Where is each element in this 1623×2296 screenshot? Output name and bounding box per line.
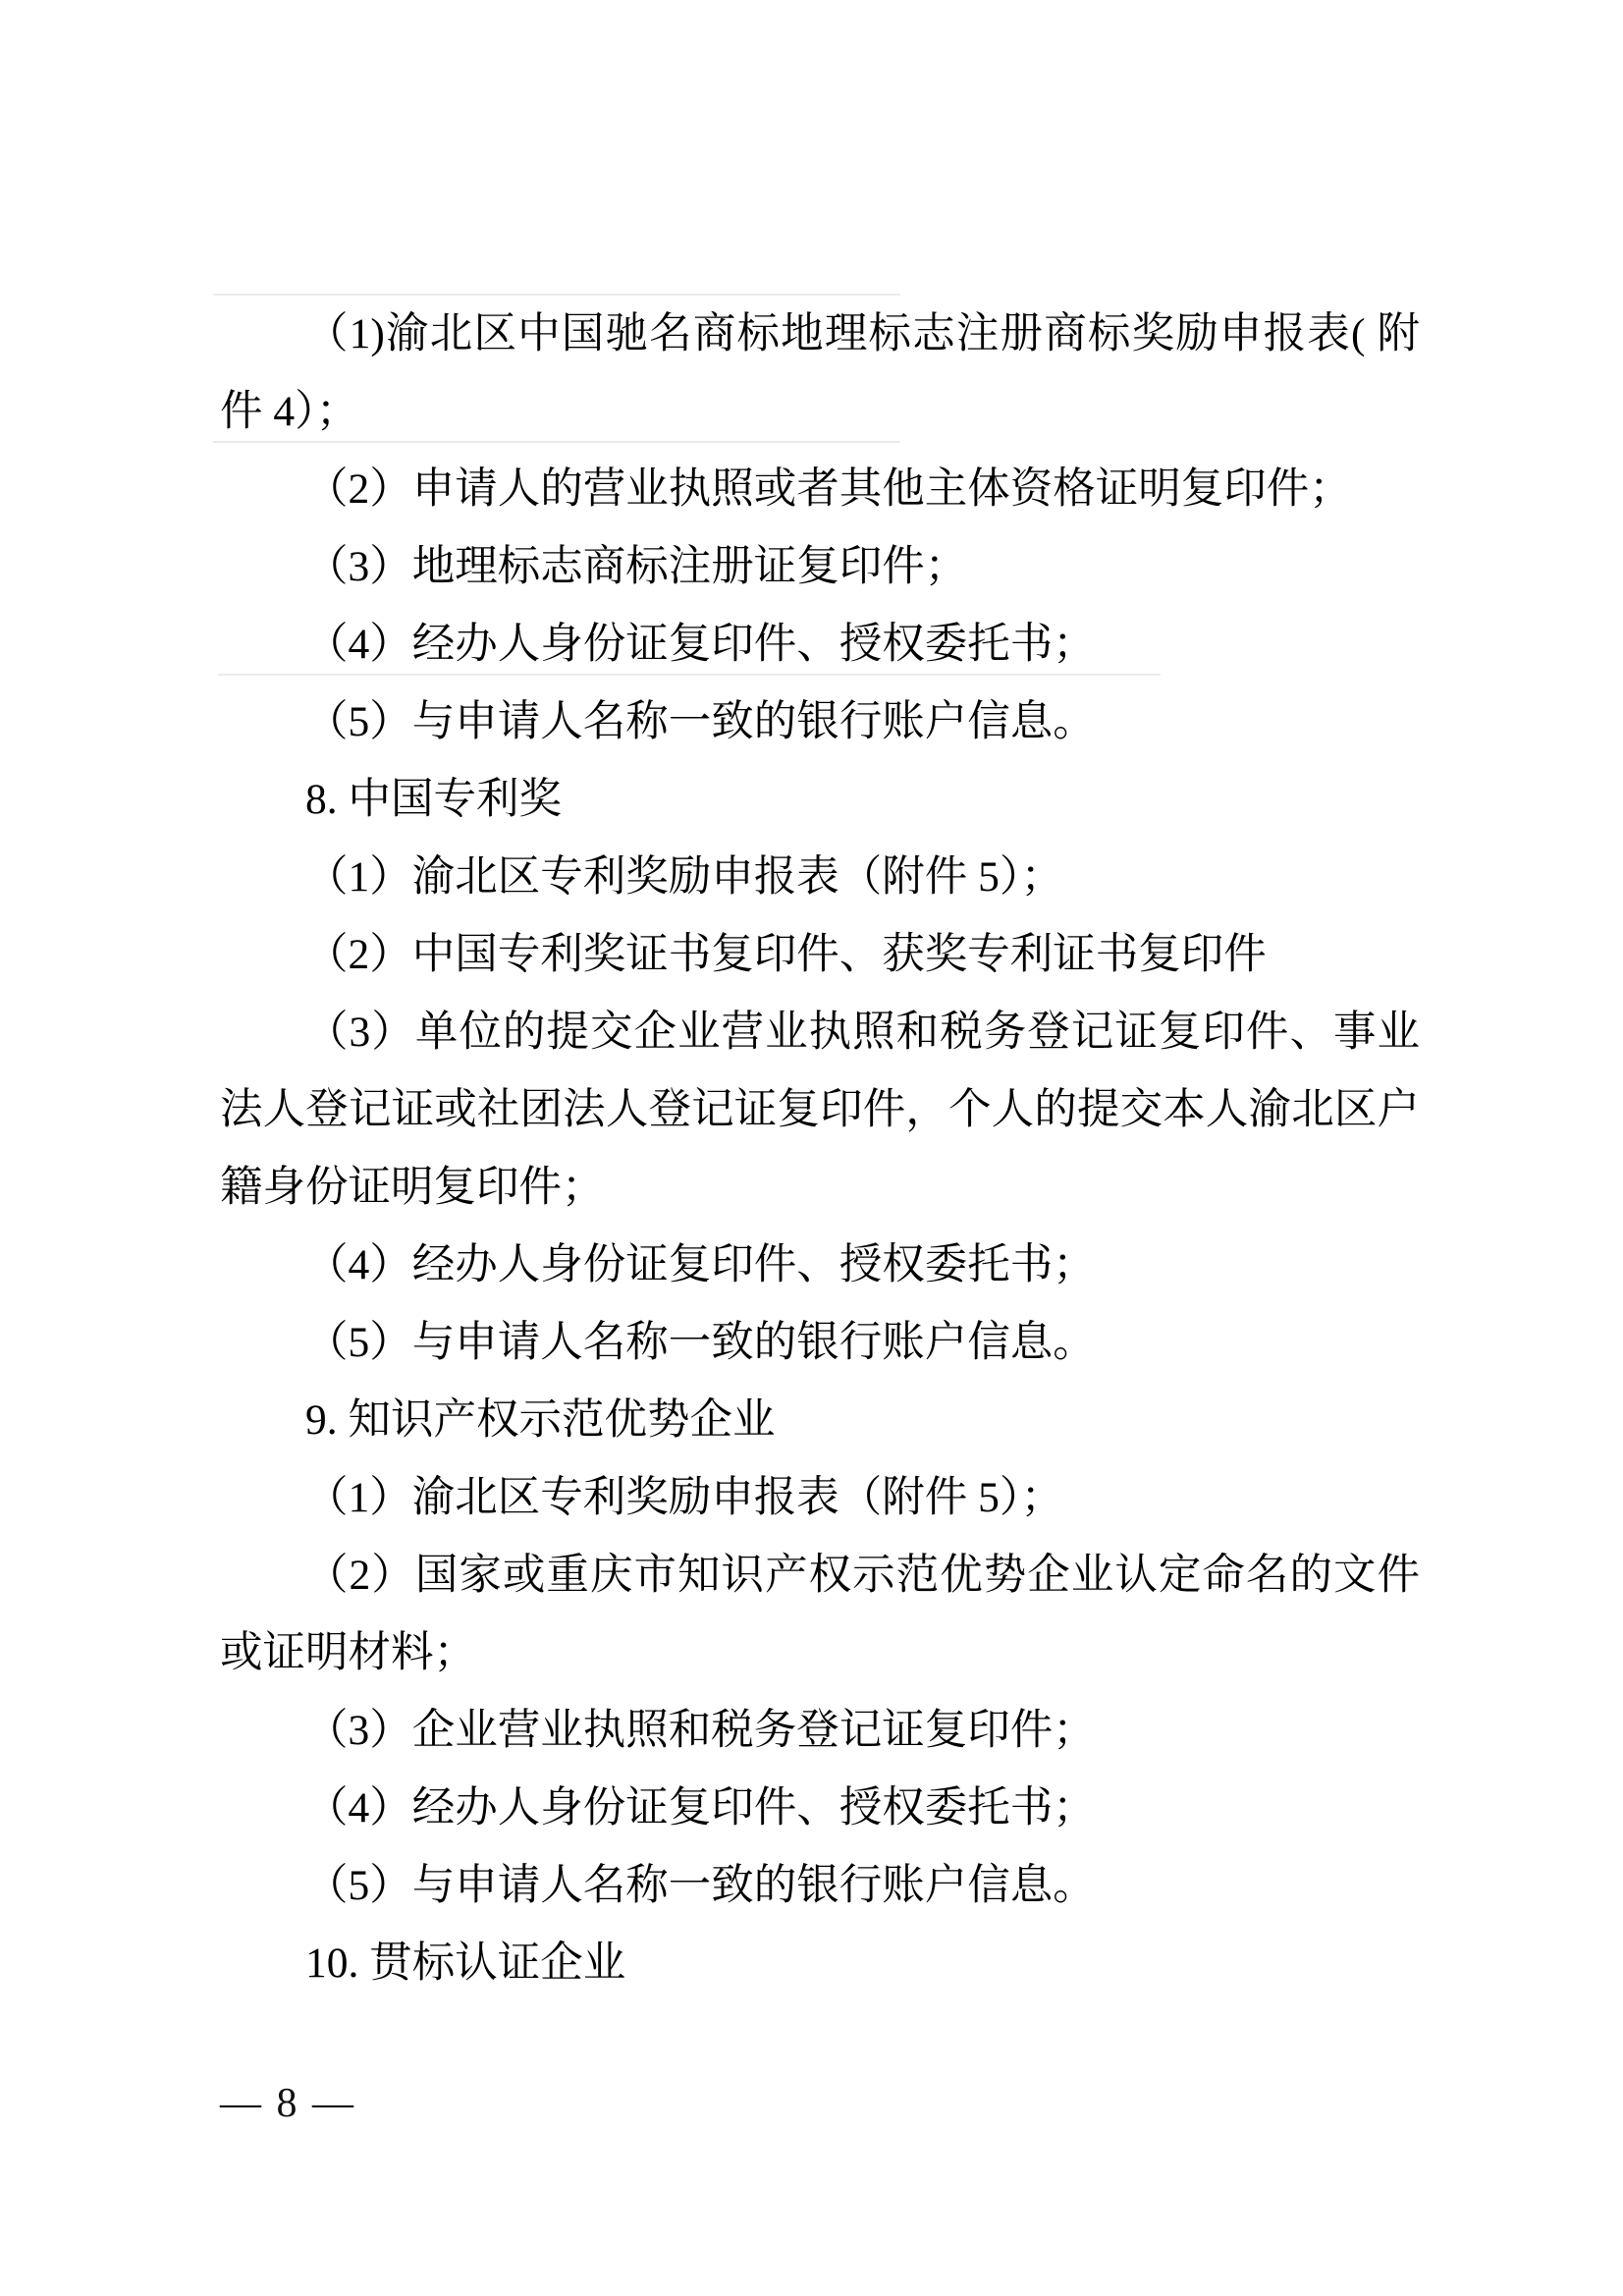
doc-heading: 10. 贯标认证企业 <box>220 1925 1420 2002</box>
document-body: （1)渝北区中国驰名商标地理标志注册商标奖励申报表( 附 件 4）； （2）申请… <box>220 296 1420 2002</box>
doc-line: （5）与申请人名称一致的银行账户信息。 <box>220 1847 1420 1925</box>
doc-line: （2）国家或重庆市知识产权示范优势企业认定命名的文件 <box>220 1537 1420 1614</box>
doc-line: （1）渝北区专利奖励申报表（附件 5）； <box>220 1459 1420 1537</box>
doc-line: （3）企业营业执照和税务登记证复印件； <box>220 1692 1420 1770</box>
doc-line: （5）与申请人名称一致的银行账户信息。 <box>220 1304 1420 1382</box>
doc-line: （2）中国专利奖证书复印件、获奖专利证书复印件 <box>220 916 1420 994</box>
doc-line: 法人登记证或社团法人登记证复印件，个人的提交本人渝北区户 <box>220 1071 1420 1149</box>
doc-line: 件 4）； <box>220 373 1420 451</box>
doc-heading: 8. 中国专利奖 <box>220 761 1420 839</box>
doc-heading: 9. 知识产权示范优势企业 <box>220 1382 1420 1459</box>
doc-line: （4）经办人身份证复印件、授权委托书； <box>220 606 1420 683</box>
doc-line: （3）单位的提交企业营业执照和税务登记证复印件、事业 <box>220 994 1420 1071</box>
doc-line: 籍身份证明复印件； <box>220 1149 1420 1227</box>
doc-line: （2）申请人的营业执照或者其他主体资格证明复印件； <box>220 451 1420 528</box>
doc-line: （3）地理标志商标注册证复印件； <box>220 528 1420 606</box>
doc-line: （1)渝北区中国驰名商标地理标志注册商标奖励申报表( 附 <box>220 296 1420 373</box>
document-page: （1)渝北区中国驰名商标地理标志注册商标奖励申报表( 附 件 4）； （2）申请… <box>0 0 1623 2296</box>
doc-line: （5）与申请人名称一致的银行账户信息。 <box>220 683 1420 761</box>
page-number: — 8 — <box>220 2072 356 2135</box>
doc-line: 或证明材料； <box>220 1614 1420 1692</box>
doc-line: （4）经办人身份证复印件、授权委托书； <box>220 1227 1420 1304</box>
doc-line: （1）渝北区专利奖励申报表（附件 5）； <box>220 839 1420 916</box>
doc-line: （4）经办人身份证复印件、授权委托书； <box>220 1770 1420 1847</box>
